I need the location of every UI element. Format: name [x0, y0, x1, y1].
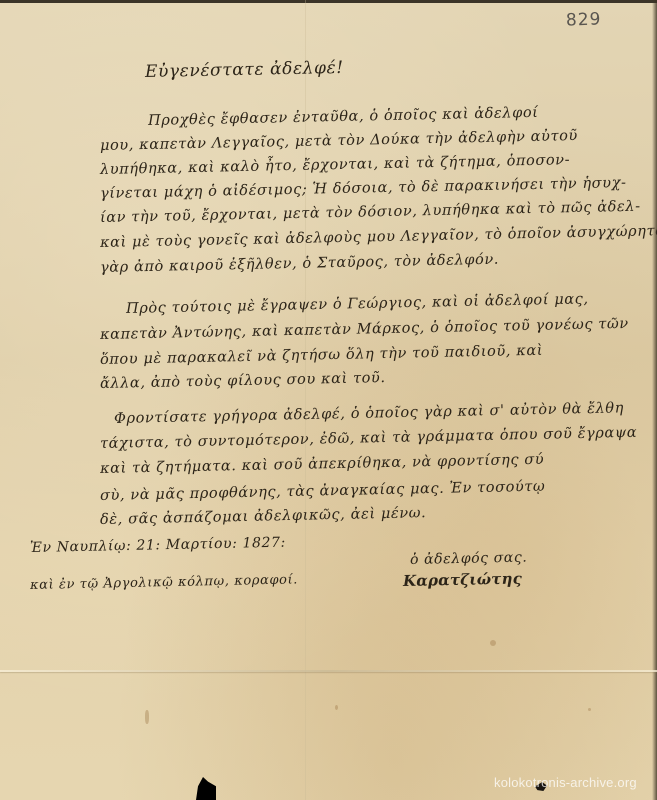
letter-line: τάχιστα, τὸ συντομότερον, ἐδῶ, καὶ τὰ γρ… — [100, 425, 638, 452]
letter-line: γίνεται μάχη ὁ αἰδέσιμος; Ἡ δόσοια, τὸ δ… — [100, 175, 627, 202]
letter-line: ὅπου μὲ παρακαλεῖ νὰ ζητήσω ὅλη τὴν τοῦ … — [100, 343, 543, 368]
letter-line: καὶ τὰ ζητήματα. καὶ σοῦ ἀπεκρίθηκα, νὰ … — [100, 452, 545, 477]
letter-line: γὰρ ἀπὸ καιροῦ ἐξῆλθεν, ὁ Σταῦρος, τὸν ἀ… — [100, 252, 499, 276]
archive-watermark: kolokotronis-archive.org — [494, 775, 637, 790]
letter-line: Φροντίσατε γρήγορα ἀδελφέ, ὁ ὁποῖος γὰρ … — [114, 400, 624, 427]
letter-line: ίαν τὴν τοῦ, ἔρχονται, μετὰ τὸν δόσιον, … — [100, 199, 641, 226]
letter-line: ἄλλα, ἀπὸ τοὺς φίλους σου καὶ τοῦ. — [100, 370, 386, 392]
letter-page: 829 Εὐγενέστατε ἀδελφέ! Προχθὲς ἔφθασεν … — [0, 0, 657, 800]
scan-top-edge — [0, 0, 657, 3]
archive-page-number: 829 — [566, 9, 602, 30]
salutation: Εὐγενέστατε ἀδελφέ! — [145, 58, 344, 82]
letter-line: καὶ μὲ τοὺς γονεῖς καὶ ἀδελφοὺς μου Λεγγ… — [100, 223, 657, 251]
paper-stain — [588, 708, 591, 711]
letter-signature: Καρατζιώτης — [403, 570, 522, 590]
paper-stain — [335, 705, 338, 710]
paper-fold-horizontal — [0, 670, 657, 672]
letter-line: λυπήθηκα, καὶ καλὸ ἦτο, ἔρχονται, καὶ τὰ… — [100, 152, 570, 178]
letter-date: Ἐν Ναυπλίῳ: 21: Μαρτίου: 1827: — [30, 535, 286, 556]
letter-line: Πρὸς τούτοις μὲ ἔγραψεν ὁ Γεώργιος, καὶ … — [126, 291, 589, 317]
paper-stain — [145, 710, 149, 724]
letter-line: δὲ, σᾶς ἀσπάζομαι ἀδελφικῶς, ἀεὶ μένω. — [100, 505, 427, 528]
letter-line: Προχθὲς ἔφθασεν ἐνταῦθα, ὁ ὁποῖος καὶ ἀδ… — [148, 105, 539, 129]
letter-line: μου, καπετὰν Λεγγαῖος, μετὰ τὸν Δούκα τὴ… — [100, 128, 578, 154]
letter-line: σὺ, νὰ μᾶς προφθάνης, τὰς ἀναγκαίας μας.… — [100, 479, 546, 504]
letter-line: καπετὰν Ἀντώνης, καὶ καπετὰν Μάρκος, ὁ ὁ… — [100, 316, 629, 343]
paper-stain — [490, 640, 496, 646]
scan-right-edge — [652, 0, 657, 800]
ink-blot — [196, 777, 216, 800]
letter-place-note: καὶ ἐν τῷ Ἀργολικῷ κόλπῳ, κοραφοί. — [30, 572, 298, 593]
letter-closing: ὁ ἀδελφός σας. — [410, 550, 528, 568]
